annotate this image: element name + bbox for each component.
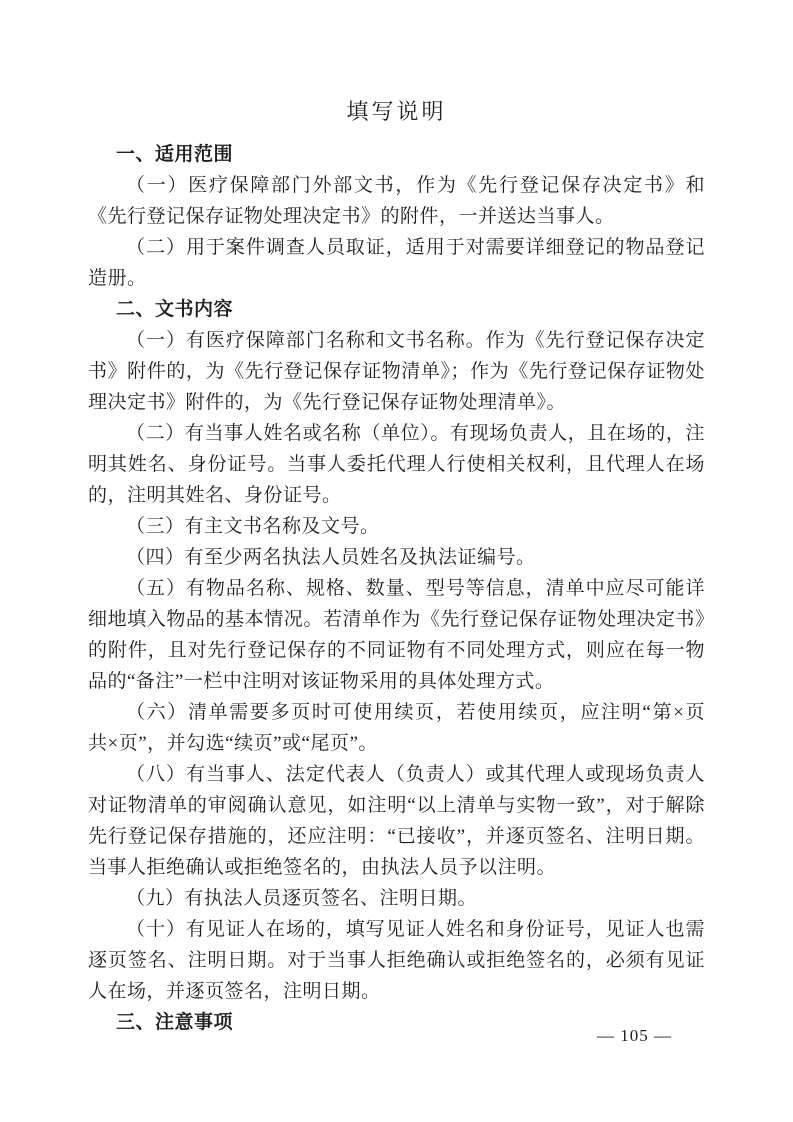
- section-applicable-scope: 一、适用范围 （一）医疗保障部门外部文书，作为《先行登记保存决定书》和《先行登记…: [88, 139, 705, 294]
- paragraph: （十）有见证人在场的，填写见证人姓名和身份证号，见证人也需逐页签名、注明日期。对…: [88, 914, 705, 1007]
- paragraph: （一）医疗保障部门外部文书，作为《先行登记保存决定书》和《先行登记保存证物处理决…: [88, 170, 705, 232]
- paragraph: （九）有执法人员逐页签名、注明日期。: [88, 883, 705, 914]
- section-heading-applicable-scope: 一、适用范围: [116, 139, 705, 170]
- paragraph: （二）用于案件调查人员取证，适用于对需要详细登记的物品登记造册。: [88, 232, 705, 294]
- paragraph: （二）有当事人姓名或名称（单位）。有现场负责人，且在场的，注明其姓名、身份证号。…: [88, 418, 705, 511]
- page-number: — 105 —: [597, 1026, 672, 1046]
- paragraph: （一）有医疗保障部门名称和文书名称。作为《先行登记保存决定书》附件的，为《先行登…: [88, 325, 705, 418]
- paragraph: （四）有至少两名执法人员姓名及执法证编号。: [88, 542, 705, 573]
- section-document-content: 二、文书内容 （一）有医疗保障部门名称和文书名称。作为《先行登记保存决定书》附件…: [88, 294, 705, 1007]
- document-page: 填写说明 一、适用范围 （一）医疗保障部门外部文书，作为《先行登记保存决定书》和…: [0, 0, 793, 1122]
- paragraph: （五）有物品名称、规格、数量、型号等信息，清单中应尽可能详细地填入物品的基本情况…: [88, 573, 705, 697]
- page-title: 填写说明: [0, 0, 793, 129]
- section-heading-document-content: 二、文书内容: [116, 294, 705, 325]
- paragraph: （八）有当事人、法定代表人（负责人）或其代理人或现场负责人对证物清单的审阅确认意…: [88, 759, 705, 883]
- paragraph: （三）有主文书名称及文号。: [88, 511, 705, 542]
- document-body: 一、适用范围 （一）医疗保障部门外部文书，作为《先行登记保存决定书》和《先行登记…: [88, 139, 705, 1038]
- paragraph: （六）清单需要多页时可使用续页，若使用续页，应注明“第×页 共×页”，并勾选“续…: [88, 697, 705, 759]
